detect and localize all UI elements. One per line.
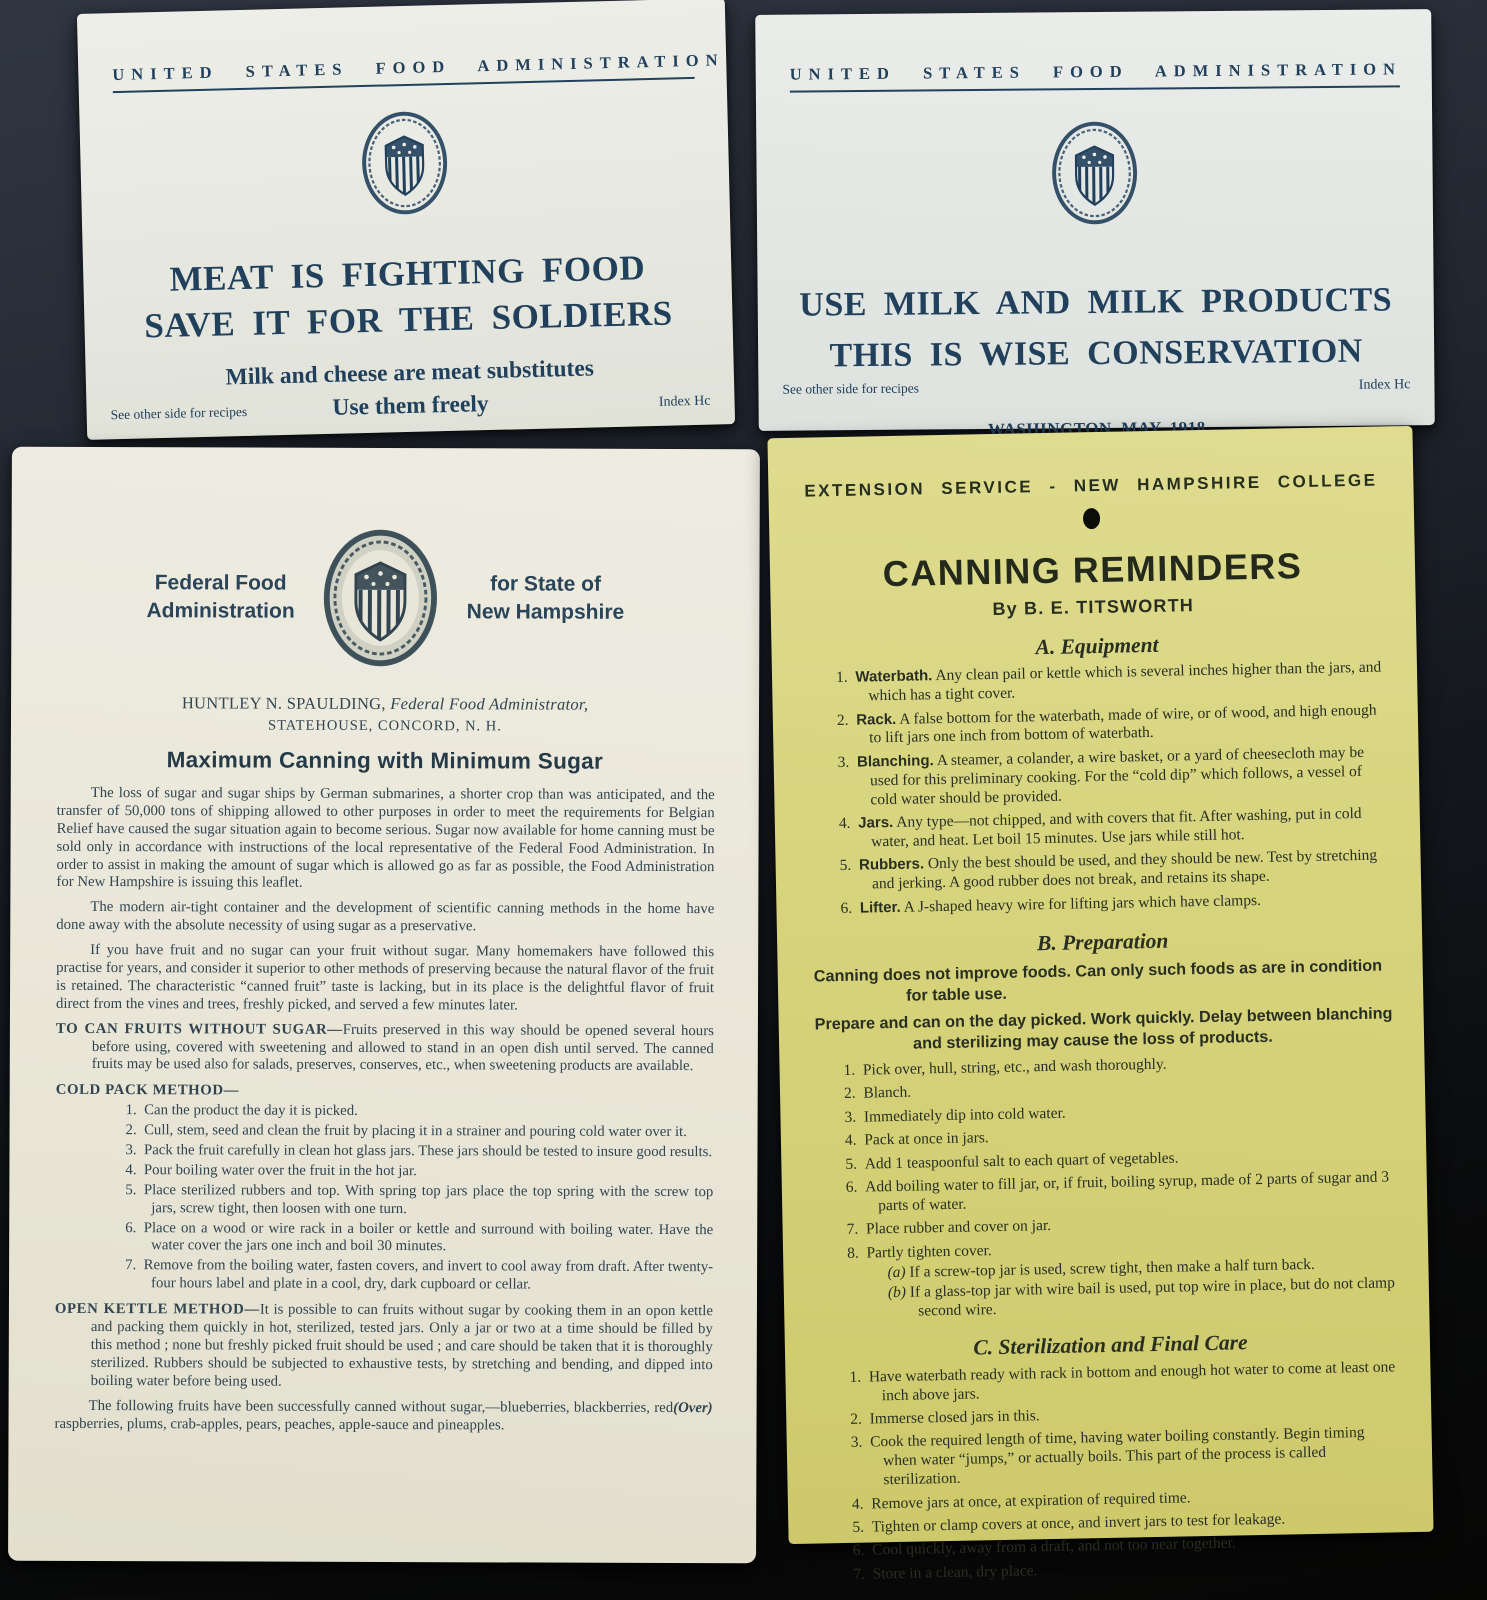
paragraph-sugar-situation: The loss of sugar and sugar ships by Ger… <box>56 785 714 895</box>
org-name-right: for State of New Hampshire <box>467 571 625 627</box>
index-label: Index Hc <box>659 394 711 411</box>
paragraph-closing: (Over)The following fruits have been suc… <box>55 1397 713 1435</box>
slogan-title: MEAT IS FIGHTING FOOD SAVE IT FOR THE SO… <box>83 243 733 351</box>
open-kettle-heading: OPEN KETTLE METHOD— <box>55 1301 260 1318</box>
substep-b-label: (b) <box>888 1283 906 1300</box>
seal-container <box>756 117 1433 234</box>
preparation-note-1: Canning does not improve foods. Can only… <box>814 955 1394 1008</box>
closing-text: The following fruits have been successfu… <box>55 1398 674 1433</box>
equipment-term: Jars. <box>858 814 893 832</box>
org-left-line-1: Federal Food <box>147 569 295 597</box>
cold-pack-step: Pack the fruit carefully in clean hot gl… <box>105 1142 713 1162</box>
index-label: Index Hc <box>1359 377 1411 393</box>
section-b-heading: B. Preparation <box>813 923 1392 960</box>
paragraph-to-can-fruits: TO CAN FRUITS WITHOUT SUGAR—Fruits prese… <box>56 1021 714 1077</box>
slogan-title: USE MILK AND MILK PRODUCTS THIS IS WISE … <box>758 274 1435 382</box>
preparation-step: Add boiling water to fill jar, or, if fr… <box>828 1168 1398 1217</box>
preparation-note-2: Prepare and can on the day picked. Work … <box>815 1003 1395 1056</box>
usfa-shield-seal-icon <box>320 528 440 668</box>
to-can-fruits-heading: TO CAN FRUITS WITHOUT SUGAR— <box>56 1021 343 1038</box>
usfa-shield-seal-icon <box>1050 120 1139 227</box>
canning-reminders-card: EXTENSION SERVICE - NEW HAMPSHIRE COLLEG… <box>767 426 1433 1544</box>
usfa-masthead: UNITED STATES FOOD ADMINISTRATION <box>112 51 695 93</box>
cold-pack-step: Can the product the day it is picked. <box>106 1102 714 1122</box>
preparation-list: Pick over, hull, string, etc., and wash … <box>815 1051 1399 1322</box>
leaflet-body: The loss of sugar and sugar ships by Ger… <box>55 785 715 1436</box>
over-label: (Over) <box>673 1400 712 1418</box>
punch-hole <box>1083 508 1100 529</box>
cold-pack-step: Cull, stem, seed and clean the fruit by … <box>106 1122 714 1142</box>
cold-pack-step: Place sterilized rubbers and top. With s… <box>105 1182 713 1220</box>
leaflet-title: Maximum Canning with Minimum Sugar <box>11 747 759 776</box>
sterilization-list: Have waterbath ready with rack in bottom… <box>821 1358 1404 1585</box>
canning-leaflet-page: Federal Food Administration for State of… <box>8 447 760 1564</box>
cold-pack-heading: COLD PACK METHOD— <box>56 1082 714 1102</box>
seal-container <box>79 102 730 229</box>
equipment-term: Lifter. <box>860 899 901 917</box>
sterilization-step: Have waterbath ready with rack in bottom… <box>831 1358 1401 1407</box>
slogan-line-1: USE MILK AND MILK PRODUCTS <box>758 274 1434 331</box>
equipment-desc: Only the best should be used, and they s… <box>872 847 1377 893</box>
administrator-address: STATEHOUSE, CONCORD, N. H. <box>11 717 759 737</box>
reminders-title: CANNING REMINDERS <box>770 543 1416 597</box>
usfa-shield-seal-icon <box>359 109 450 217</box>
milk-leaflet-card: UNITED STATES FOOD ADMINISTRATION USE MI… <box>755 9 1435 431</box>
equipment-item: Waterbath. Any clean pail or kettle whic… <box>818 659 1388 708</box>
equipment-term: Rack. <box>856 710 896 728</box>
equipment-item: Jars. Any type—not chipped, and with cov… <box>821 804 1391 853</box>
reminders-body: A. Equipment Waterbath. Any clean pail o… <box>807 627 1404 1585</box>
section-c-heading: C. Sterilization and Final Care <box>821 1327 1400 1364</box>
cold-pack-step: Remove from the boiling water, fasten co… <box>105 1257 713 1295</box>
leaflet-letterhead: Federal Food Administration for State of… <box>11 527 759 670</box>
substep-a-label: (a) <box>887 1264 905 1281</box>
equipment-desc: A false bottom for the waterbath, made o… <box>869 701 1377 747</box>
paragraph-fruit-no-sugar: If you have fruit and no sugar can your … <box>56 942 714 1016</box>
paragraph-airtight-container: The modern air-tight container and the d… <box>56 899 714 937</box>
cold-pack-step: Pour boiling water over the fruit in the… <box>105 1162 713 1182</box>
preparation-step-text: Partly tighten cover. <box>866 1242 992 1261</box>
equipment-desc: A J-shaped heavy wire for lifting jars w… <box>901 892 1262 916</box>
preparation-step: Partly tighten cover. (a) If a screw-top… <box>829 1234 1399 1323</box>
org-name-left: Federal Food Administration <box>146 569 294 625</box>
equipment-desc: Any clean pail or kettle which is severa… <box>868 659 1381 705</box>
equipment-term: Rubbers. <box>859 856 924 874</box>
equipment-desc: A steamer, a colander, a wire basket, or… <box>870 744 1364 808</box>
equipment-term: Blanching. <box>857 752 934 770</box>
reminders-byline: By B. E. TITSWORTH <box>771 591 1416 624</box>
equipment-item: Rack. A false bottom for the waterbath, … <box>819 701 1389 750</box>
usfa-masthead: UNITED STATES FOOD ADMINISTRATION <box>790 59 1400 92</box>
equipment-list: Waterbath. Any clean pail or kettle whic… <box>808 659 1392 919</box>
org-left-line-2: Administration <box>146 597 294 625</box>
equipment-item: Rubbers. Only the best should be used, a… <box>822 847 1392 896</box>
org-right-line-1: for State of <box>467 571 625 599</box>
equipment-term: Waterbath. <box>855 667 932 685</box>
footer-note: See other side for recipes <box>782 381 919 398</box>
cold-pack-step: Place on a wood or wire rack in a boiler… <box>105 1220 713 1258</box>
slogan-line-2: THIS IS WISE CONSERVATION <box>758 325 1434 382</box>
paragraph-open-kettle: OPEN KETTLE METHOD—It is possible to can… <box>55 1301 713 1393</box>
sterilization-step: Cook the required length of time, having… <box>833 1424 1403 1492</box>
equipment-desc: Any type—not chipped, and with covers th… <box>871 805 1362 850</box>
org-right-line-2: New Hampshire <box>467 598 625 626</box>
extension-service-masthead: EXTENSION SERVICE - NEW HAMPSHIRE COLLEG… <box>768 470 1413 502</box>
cold-pack-steps: Can the product the day it is picked. Cu… <box>55 1102 714 1295</box>
administrator-line: HUNTLEY N. SPAULDING, Federal Food Admin… <box>11 693 759 716</box>
equipment-item: Blanching. A steamer, a colander, a wire… <box>820 743 1390 811</box>
meat-leaflet-card: UNITED STATES FOOD ADMINISTRATION MEAT I… <box>77 0 735 440</box>
section-a-heading: A. Equipment <box>807 627 1386 664</box>
footer-note: See other side for recipes <box>111 404 248 423</box>
administrator-name: HUNTLEY N. SPAULDING, <box>182 693 386 713</box>
administrator-title: Federal Food Administrator, <box>386 694 589 714</box>
